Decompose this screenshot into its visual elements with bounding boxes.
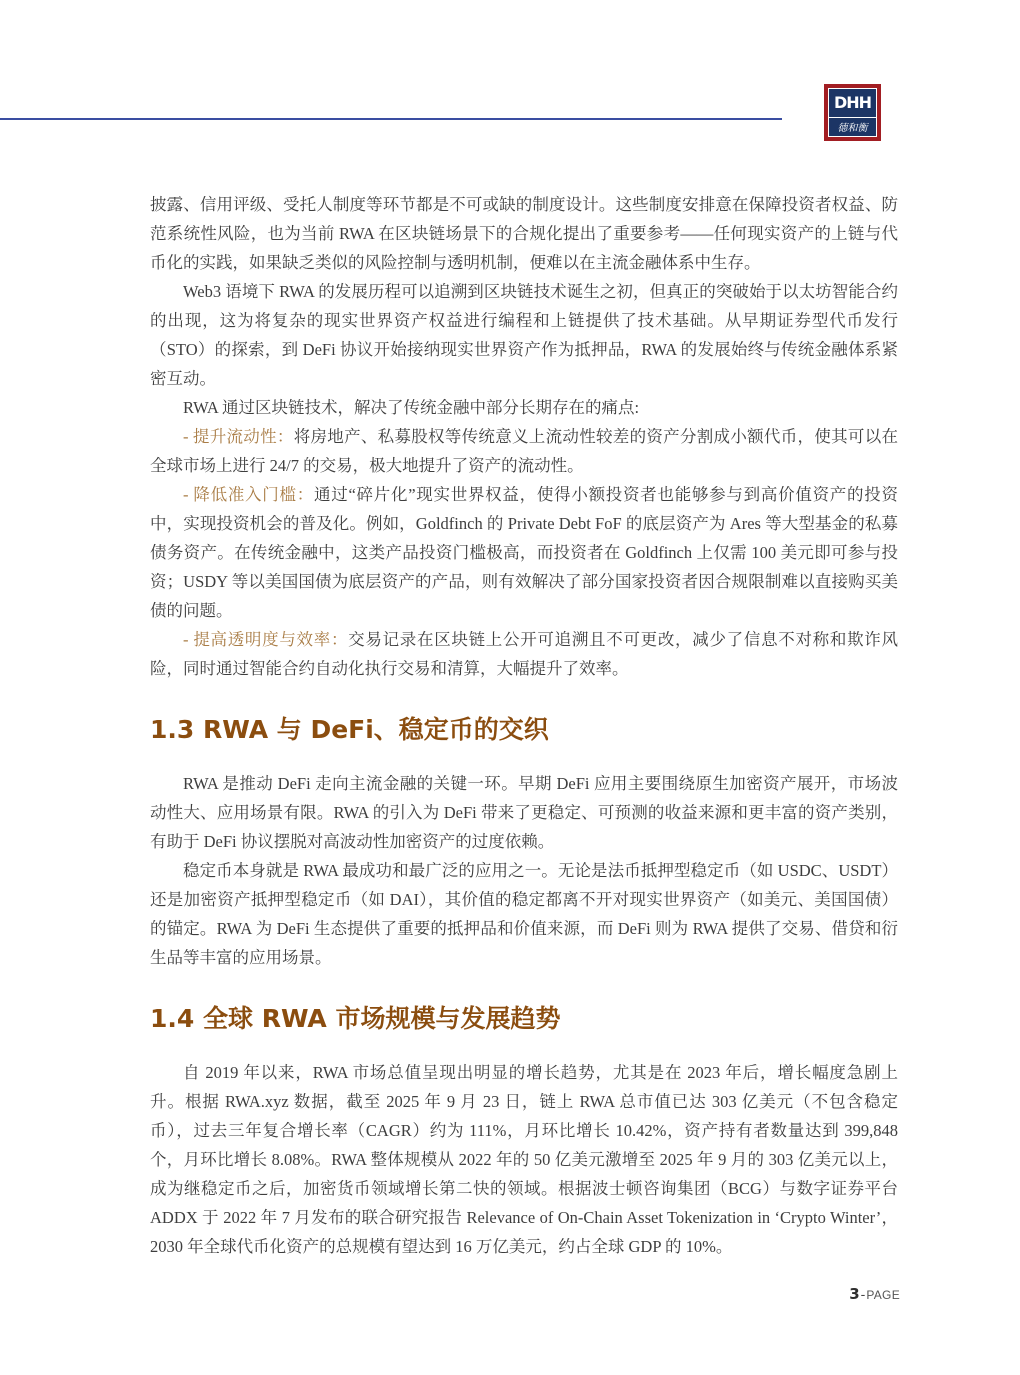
section-heading-1-3: 1.3 RWA 与 DeFi、稳定币的交织 <box>150 714 898 746</box>
bullet-label: - 提升流动性： <box>183 427 294 446</box>
dhh-logo: DHH 德和衡 <box>824 84 881 141</box>
logo-frame: DHH 德和衡 <box>828 88 877 137</box>
bullet-label: - 提高透明度与效率： <box>183 630 348 649</box>
logo-acronym: DHH <box>829 89 876 118</box>
bullet-item-entry-barrier: - 降低准入门槛：通过“碎片化”现实世界权益，使得小额投资者也能够参与到高价值资… <box>150 480 898 625</box>
paragraph-intro-3: RWA 通过区块链技术，解决了传统金融中部分长期存在的痛点: <box>150 393 898 422</box>
page-number-separator: - <box>861 1288 866 1303</box>
paragraph-section-1-3-b: 稳定币本身就是 RWA 最成功和最广泛的应用之一。无论是法币抵押型稳定币（如 U… <box>150 856 898 972</box>
page-label: PAGE <box>866 1288 900 1302</box>
section-heading-1-4: 1.4 全球 RWA 市场规模与发展趋势 <box>150 1003 898 1035</box>
page-footer: 3-PAGE <box>849 1285 900 1303</box>
bullet-label: - 降低准入门槛： <box>183 485 314 504</box>
paragraph-intro-2: Web3 语境下 RWA 的发展历程可以追溯到区块链技术诞生之初，但真正的突破始… <box>150 277 898 393</box>
document-page: DHH 德和衡 披露、信用评级、受托人制度等环节都是不可或缺的制度设计。这些制度… <box>0 0 1020 1375</box>
bullet-item-transparency: - 提高透明度与效率：交易记录在区块链上公开可追溯且不可更改，减少了信息不对称和… <box>150 625 898 683</box>
paragraph-section-1-3-a: RWA 是推动 DeFi 走向主流金融的关键一环。早期 DeFi 应用主要围绕原… <box>150 769 898 856</box>
page-number: 3 <box>849 1285 859 1303</box>
logo-chinese-name: 德和衡 <box>829 118 876 136</box>
bullet-item-liquidity: - 提升流动性：将房地产、私募股权等传统意义上流动性较差的资产分割成小额代币，使… <box>150 422 898 480</box>
article-body: 披露、信用评级、受托人制度等环节都是不可或缺的制度设计。这些制度安排意在保障投资… <box>150 190 898 1261</box>
header-rule <box>0 118 782 120</box>
bullet-text: 通过“碎片化”现实世界权益，使得小额投资者也能够参与到高价值资产的投资中，实现投… <box>150 485 898 620</box>
paragraph-intro-1: 披露、信用评级、受托人制度等环节都是不可或缺的制度设计。这些制度安排意在保障投资… <box>150 190 898 277</box>
paragraph-section-1-4-a: 自 2019 年以来，RWA 市场总值呈现出明显的增长趋势，尤其是在 2023 … <box>150 1058 898 1261</box>
